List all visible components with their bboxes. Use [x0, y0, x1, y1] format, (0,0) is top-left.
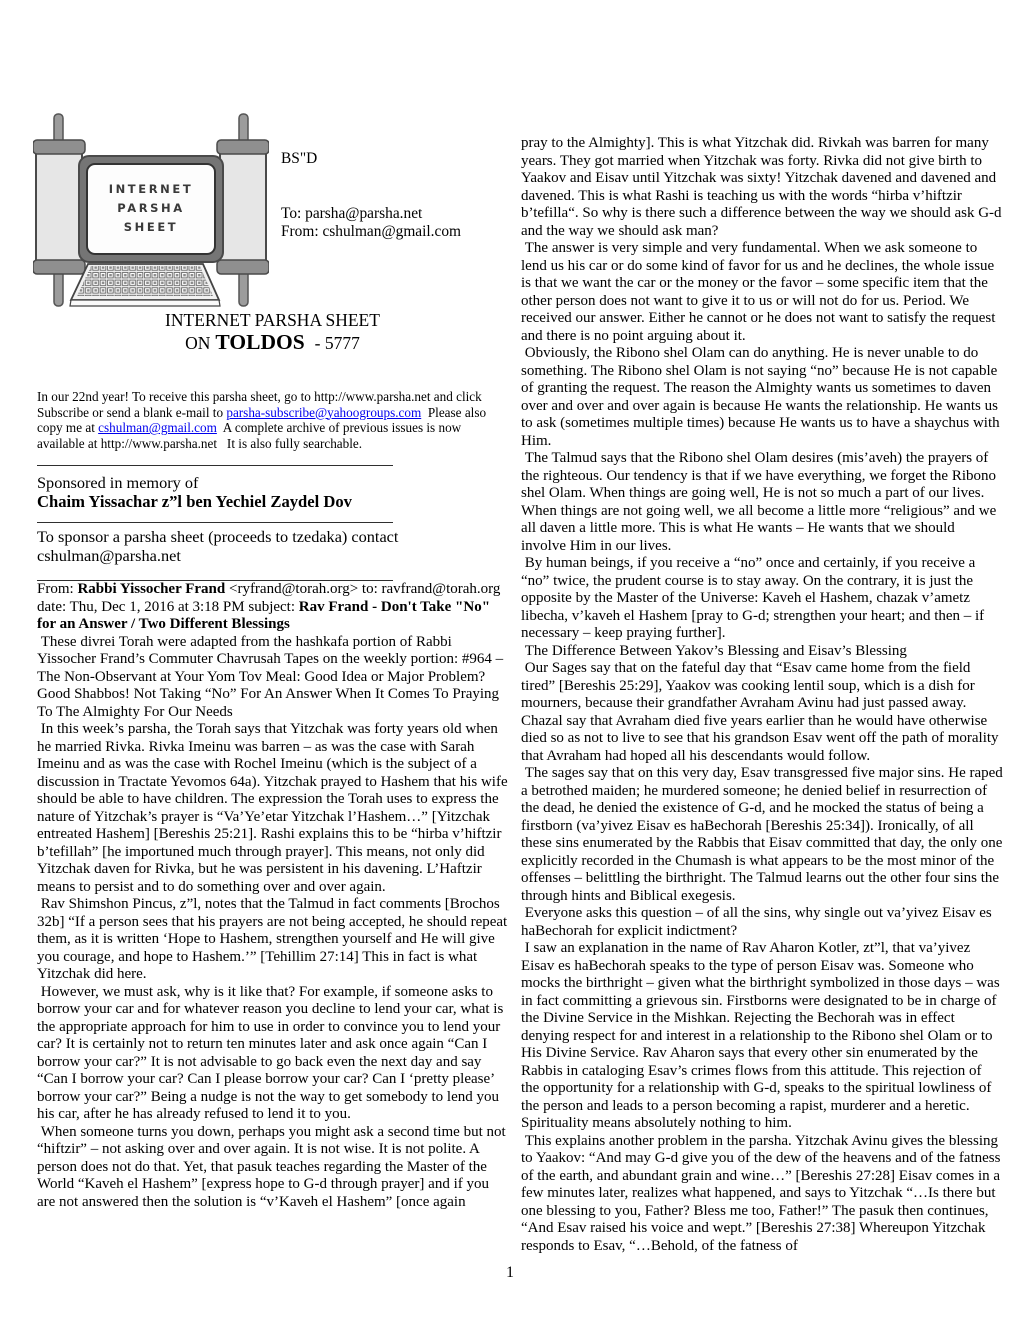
separator-line	[37, 465, 393, 466]
parsha-sheet-page: INTERNET PARSHA SHEET BS"D To: parsha@pa…	[0, 0, 1020, 1320]
left-column: In our 22nd year! To receive this parsha…	[37, 389, 508, 1211]
body-paragraph: The sages say that on this very day, Esa…	[521, 765, 1003, 905]
sponsor-contact-label: To sponsor a parsha sheet (proceeds to t…	[37, 528, 508, 547]
bsd-mark: BS"D	[281, 150, 317, 168]
copy-me-mailto-link[interactable]: cshulman@gmail.com	[98, 420, 217, 435]
email-to-from-block: To: parsha@parsha.net From: cshulman@gma…	[281, 205, 461, 241]
subscribe-paragraph: In our 22nd year! To receive this parsha…	[37, 389, 508, 451]
subtitle-on: ON	[185, 333, 210, 353]
body-paragraph: This explains another problem in the par…	[521, 1133, 1003, 1256]
logo-word-parsha: PARSHA	[117, 201, 185, 215]
page-subtitle: ONTOLDOS- 5777	[37, 330, 508, 355]
to-line: To: parsha@parsha.net	[281, 205, 461, 223]
parsha-name: TOLDOS	[215, 330, 304, 354]
subscribe-mailto-link[interactable]: parsha-subscribe@yahoogroups.com	[226, 405, 421, 420]
body-paragraph: Everyone asks this question – of all the…	[521, 905, 1003, 940]
body-paragraph: When someone turns you down, perhaps you…	[37, 1124, 508, 1212]
scroll-roller-right	[220, 148, 266, 266]
scroll-roller-left	[36, 148, 82, 266]
torah-scroll-keyboard-logo: INTERNET PARSHA SHEET	[33, 112, 269, 312]
meta-author-name: Rabbi Yissocher Frand	[77, 581, 225, 597]
body-paragraph: However, we must ask, why is it like tha…	[37, 984, 508, 1124]
page-title: INTERNET PARSHA SHEET	[37, 310, 508, 331]
body-paragraph: The Talmud says that the Ribono shel Ola…	[521, 450, 1003, 555]
body-paragraph: Obviously, the Ribono shel Olam can do a…	[521, 345, 1003, 450]
body-paragraph: In this week’s parsha, the Torah says th…	[37, 721, 508, 896]
sponsor-contact-block: To sponsor a parsha sheet (proceeds to t…	[37, 528, 508, 565]
email-meta-paragraph: From: Rabbi Yissocher Frand <ryfrand@tor…	[37, 581, 508, 634]
logo-word-internet: INTERNET	[109, 182, 194, 196]
body-paragraph: These divrei Torah were adapted from the…	[37, 634, 508, 722]
sponsor-memory-label: Sponsored in memory of	[37, 473, 508, 492]
body-paragraph: Our Sages say that on the fateful day th…	[521, 660, 1003, 765]
body-paragraph: Rav Shimshon Pincus, z”l, notes that the…	[37, 896, 508, 984]
body-paragraph: By human beings, if you receive a “no” o…	[521, 555, 1003, 643]
body-paragraph: pray to the Almighty]. This is what Yitz…	[521, 135, 1003, 240]
sponsor-contact-email: cshulman@parsha.net	[37, 547, 508, 566]
from-line: From: cshulman@gmail.com	[281, 223, 461, 241]
section-heading-paragraph: The Difference Between Yakov’s Blessing …	[521, 643, 1003, 661]
parsha-year: - 5777	[315, 333, 360, 353]
body-paragraph: I saw an explanation in the name of Rav …	[521, 940, 1003, 1133]
page-number: 1	[0, 1264, 1020, 1282]
logo-word-sheet: SHEET	[124, 220, 178, 234]
meta-from-label: From:	[37, 581, 77, 597]
body-paragraph: The answer is very simple and very funda…	[521, 240, 1003, 345]
separator-line	[37, 522, 393, 523]
sponsor-memory-name: Chaim Yissachar z”l ben Yechiel Zaydel D…	[37, 492, 508, 512]
right-column: pray to the Almighty]. This is what Yitz…	[521, 135, 1003, 1255]
